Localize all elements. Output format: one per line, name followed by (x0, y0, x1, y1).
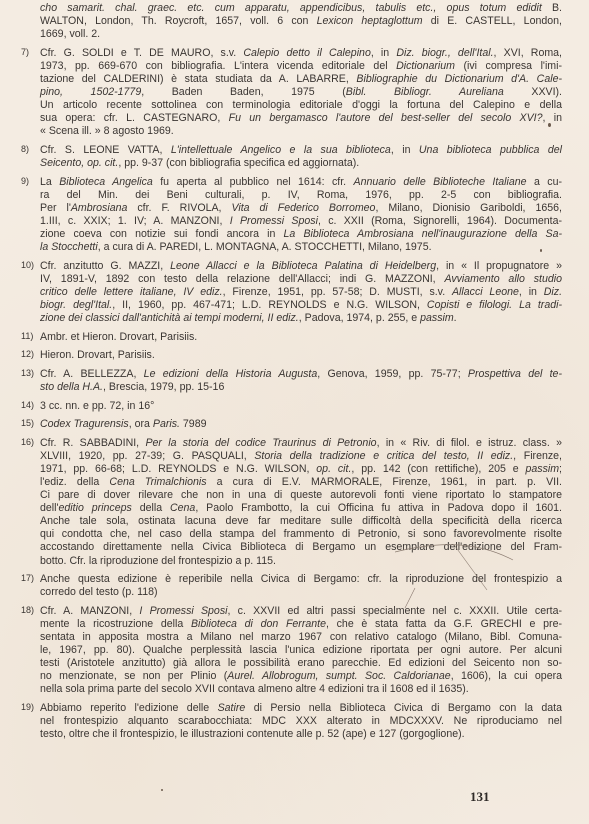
footnote-line: sto della H.A., Brescia, 1979, pp. 15-16 (40, 381, 562, 394)
text-segment: (ivi compresa l'imi- (455, 60, 562, 72)
footnote-line: Ci pare di dover rilevare che non in una… (40, 489, 562, 502)
text-segment: , Firenze, 1951, pp. 57-58; D. MUSTI, s.… (223, 286, 452, 298)
italic-title-text: La Biblioteca Ambrosiana nell'inaugurazi… (284, 228, 562, 240)
footnote-18: 18)Cfr. A. MANZONI, I Promessi Sposi, c.… (40, 605, 564, 697)
footnote-line: Anche tale sola, ostinata lacuna deve fa… (40, 515, 562, 528)
footnote-line: la Stocchetti, a cura di A. PAREDI, L. M… (40, 241, 562, 254)
italic-title-text: Cena Trimalchionis (109, 476, 206, 488)
italic-title-text: biogr. degl'Ital. (40, 299, 112, 311)
text-segment: XLVIII, 1920, pp. 27-39; G. PASQUALI, (40, 450, 254, 462)
text-segment: , Baden Baden, 1975 ( (141, 86, 346, 98)
footnote-number: 17) (21, 572, 34, 585)
text-segment: di Persio nella Biblioteca Civica di Ber… (245, 702, 562, 714)
italic-title-text: Le edizioni della Historia Augusta (144, 368, 318, 380)
text-segment: , a cura di A. PAREDI, L. MONTAGNA, A. S… (98, 241, 432, 253)
text-segment: Un articolo recente sottolinea con termi… (40, 99, 562, 111)
footnote-line: 1669, voll. 2. (40, 28, 562, 41)
text-segment: , Padova, 1974, p. 255, e (299, 312, 420, 324)
text-segment: 1669, voll. 2. (40, 28, 100, 40)
footnote-10: 10)Cfr. anzitutto G. MAZZI, Leone Allacc… (40, 260, 564, 325)
footnote-number: 14) (21, 399, 34, 412)
text-segment: no menzionate, se non per Plinio ( (40, 670, 227, 682)
text-segment: , in (391, 144, 419, 156)
italic-title-text: Biblioteca di don Ferrante (191, 618, 326, 630)
pencil-scribble-mark (395, 538, 515, 608)
footnote-line: XLVIII, 1920, pp. 27-39; G. PASQUALI, St… (40, 450, 562, 463)
italic-title-text: Seicento, op. cit. (40, 157, 118, 169)
italic-title-text: Satire (218, 702, 246, 714)
footnote-line: La Biblioteca Angelica fu aperta al pubb… (40, 176, 562, 189)
footnote-12: 12)Hieron. Drovart, Parisiis. (40, 349, 564, 362)
footnote-line: Cfr. anzitutto G. MAZZI, Leone Allacci e… (40, 260, 562, 273)
text-segment: corredo del testo (p. 118) (40, 586, 158, 598)
speck-mark (161, 789, 163, 791)
text-segment: Hieron. Drovart, Parisiis. (40, 349, 155, 361)
footnote-line: l'ediz. della Cena Trimalchionis a cura … (40, 476, 562, 489)
italic-title-text: Codex Tragurensis (40, 418, 129, 430)
italic-title-text: Copisti e filologi. La tradi- (427, 299, 562, 311)
text-segment: XXVI). (504, 86, 562, 98)
italic-title-text: Lexicon heptaglottum (317, 15, 423, 27)
text-segment: cfr. F. RIVOLA, (127, 202, 231, 214)
footnote-number: 8) (21, 143, 29, 156)
text-segment: , Brescia, 1979, pp. 15-16 (103, 381, 224, 393)
italic-title-text: Per la storia del codice Traurinus di Pe… (145, 437, 376, 449)
text-segment: , in « Il propugnatore » (436, 260, 562, 272)
footnote-7: 7)Cfr. G. SOLDI e T. DE MAURO, s.v. Cale… (40, 47, 564, 139)
italic-title-text: cho samarit. chal. graec. etc. cum appar… (40, 2, 542, 14)
footnote-line: testo, oltre che il frontespizio, le ill… (40, 728, 562, 741)
footnote-line: le, 1967, pp. 80). Qualche perplessità l… (40, 644, 562, 657)
text-segment: , in (543, 112, 562, 124)
footnote-19: 19)Abbiamo reperito l'edizione delle Sat… (40, 702, 564, 741)
footnote-line: 1.III, c. XXIX; 1. IV; A. MANZONI, I Pro… (40, 215, 562, 228)
footnote-8: 8)Cfr. S. LEONE VATTA, L'intellettuale A… (40, 144, 564, 170)
text-segment: botto. Cfr. la riproduzione del frontesp… (40, 555, 276, 567)
text-segment: Cfr. anzitutto G. MAZZI, (40, 260, 170, 272)
footnote-line: dell'editio princeps della Cena, Paolo F… (40, 502, 562, 515)
footnote-number: 11) (21, 330, 33, 343)
footnote-line: ra del Min. dei Beni culturali, p. IV, R… (40, 189, 562, 202)
footnote-line: Per l'Ambrosiana cfr. F. RIVOLA, Vita di… (40, 202, 562, 215)
text-segment: a cu- (527, 176, 562, 188)
text-segment: tazione del CALDERINI) è stata studiata … (40, 73, 356, 85)
text-segment: Abbiamo reperito l'edizione delle (40, 702, 218, 714)
italic-title-text: Calepio detto il Calepino (243, 47, 370, 59)
italic-title-text: sto della H.A. (40, 381, 103, 393)
text-segment: mente la ricostruzione della (40, 618, 191, 630)
text-segment: Cfr. A. MANZONI, (40, 605, 139, 617)
footnote-line: 3 cc. nn. e pp. 72, in 16° (40, 400, 562, 413)
footnote-line: Ambr. et Hieron. Drovart, Parisiis. (40, 331, 562, 344)
text-segment: , che è stata fatta da G.F. GRECHI e pre… (326, 618, 562, 630)
italic-title-text: Annuario delle Biblioteche Italiane (354, 176, 527, 188)
italic-title-text: critico delle lettere italiane, IV ediz. (40, 286, 223, 298)
footnote-line: 1973, pp. 669-670 con bibliografia. L'in… (40, 60, 562, 73)
footnote-number: 7) (21, 46, 29, 59)
footnote-9: 9)La Biblioteca Angelica fu aperta al pu… (40, 176, 564, 255)
footnote-line: pino, 1502-1779, Baden Baden, 1975 (Bibl… (40, 86, 562, 99)
italic-title-text: Cena (170, 502, 195, 514)
text-segment: testo, oltre che il frontespizio, le ill… (40, 728, 465, 740)
page-number: 131 (470, 789, 490, 805)
italic-title-text: Ambrosiana (71, 202, 128, 214)
italic-title-text: passim (420, 312, 454, 324)
speck-mark (548, 123, 551, 127)
text-segment: WALTON, London, Th. Roycroft, 1657, voll… (40, 15, 317, 27)
footnote-line: mente la ricostruzione della Biblioteca … (40, 618, 562, 631)
footnote-line: zione dei classici dall'antichità ai tem… (40, 312, 562, 325)
italic-title-text: Bibliographie du Dictionarium d'A. Cale- (356, 73, 562, 85)
footnote-continuation: cho samarit. chal. graec. etc. cum appar… (40, 2, 564, 41)
footnote-line: zione coeva con notizie sui fondi ancora… (40, 228, 562, 241)
text-segment: B. (542, 2, 562, 14)
text-segment: nel frontespizio alquanto scarabocchiata… (40, 715, 562, 727)
text-segment: Cfr. G. SOLDI e T. DE MAURO, s.v. (40, 47, 243, 59)
text-segment: , pp. 142 (con rettifiche), 205 e (351, 463, 525, 475)
footnote-line: no menzionate, se non per Plinio (Aurel.… (40, 670, 562, 683)
text-segment: 7989 (180, 418, 207, 430)
footnote-line: Cfr. G. SOLDI e T. DE MAURO, s.v. Calepi… (40, 47, 562, 60)
footnote-15: 15)Codex Tragurensis, ora Paris. 7989 (40, 418, 564, 431)
text-segment: , in (371, 47, 397, 59)
text-segment: testi (Aristotele anzitutto) già allora … (40, 657, 562, 669)
italic-title-text: Diz. biogr., dell'Ital. (396, 47, 493, 59)
footnote-line: IV, 1891-V, 1892 con testo della relazio… (40, 273, 562, 286)
footnote-line: testi (Aristotele anzitutto) già allora … (40, 657, 562, 670)
italic-title-text: Avviamento allo studio (444, 273, 562, 285)
italic-title-text: Bibl. Bibliogr. Aureliana (346, 86, 504, 98)
footnote-line: tazione del CALDERINI) è stata studiata … (40, 73, 562, 86)
footnote-line: « Scena ill. » 8 agosto 1969. (40, 125, 562, 138)
text-segment: Ambr. et Hieron. Drovart, Parisiis. (40, 331, 197, 343)
text-segment: Cfr. A. BELLEZZA, (40, 368, 144, 380)
text-segment: , in « Riv. di filol. e istruz. class. » (377, 437, 562, 449)
footnote-number: 19) (21, 701, 34, 714)
italic-title-text: Paris. (153, 418, 180, 430)
text-segment: 1973, pp. 669-670 con bibliografia. L'in… (40, 60, 396, 72)
footnote-13: 13)Cfr. A. BELLEZZA, Le edizioni della H… (40, 368, 564, 394)
footnote-line: Hieron. Drovart, Parisiis. (40, 349, 562, 362)
italic-title-text: Prospettiva del te- (468, 368, 562, 380)
italic-title-text: Fu un bergamasco l'autore del best-selle… (229, 112, 543, 124)
footnote-line: critico delle lettere italiane, IV ediz.… (40, 286, 562, 299)
text-segment: La (40, 176, 59, 188)
footnote-number: 10) (21, 259, 34, 272)
footnote-line: Cfr. A. BELLEZZA, Le edizioni della Hist… (40, 368, 562, 381)
text-segment: , c. XXII (Roma, Signorelli, 1964). Docu… (318, 215, 562, 227)
italic-title-text: I Promessi Sposi (230, 215, 318, 227)
text-segment: sua opera: cfr. L. CASTEGNARO, (40, 112, 229, 124)
footnote-line: nella sola prima parte del secolo XVII c… (40, 683, 562, 696)
footnote-line: nel frontespizio alquanto scarabocchiata… (40, 715, 562, 728)
italic-title-text: Allacci Leone (452, 286, 519, 298)
text-segment: , Paolo Frambotto, la cui Officina fu at… (195, 502, 562, 514)
text-segment: , pp. 9-37 (con bibliografia specifica e… (118, 157, 359, 169)
footnote-11: 11)Ambr. et Hieron. Drovart, Parisiis. (40, 331, 564, 344)
speck-mark (540, 249, 542, 252)
text-segment: , II, 1960, pp. 467-471; L.D. REYNOLDS e… (112, 299, 427, 311)
text-segment: le, 1967, pp. 80). Qualche perplessità l… (40, 644, 562, 656)
footnote-number: 15) (21, 417, 34, 430)
text-segment: 1971, pp. 66-68; L.D. REYNOLDS e N.G. WI… (40, 463, 316, 475)
italic-title-text: zione dei classici dall'antichità ai tem… (40, 312, 299, 324)
text-segment: nella sola prima parte del secolo XVII c… (40, 683, 469, 695)
footnote-number: 13) (21, 367, 34, 380)
italic-title-text: Vita di Federico Borromeo (231, 202, 375, 214)
italic-title-text: passim (525, 463, 559, 475)
footnote-number: 16) (21, 436, 34, 449)
footnote-line: sentata in apposita mostra a Milano nel … (40, 631, 562, 644)
footnote-line: Seicento, op. cit., pp. 9-37 (con biblio… (40, 157, 562, 170)
italic-title-text: Biblioteca Angelica (59, 176, 153, 188)
footnote-line: Codex Tragurensis, ora Paris. 7989 (40, 418, 562, 431)
text-segment: , Milano, Dionisio Gariboldi, 1656, (375, 202, 562, 214)
text-segment: dell' (40, 502, 59, 514)
text-segment: IV, 1891-V, 1892 con testo della relazio… (40, 273, 444, 285)
scanned-book-page: cho samarit. chal. graec. etc. cum appar… (0, 0, 589, 824)
text-segment: Anche tale sola, ostinata lacuna deve fa… (40, 515, 562, 527)
text-segment: sentata in apposita mostra a Milano nel … (40, 631, 562, 643)
text-segment: , 1606), la cui opera (451, 670, 562, 682)
italic-title-text: Una biblioteca pubblica del (419, 144, 562, 156)
italic-title-text: I Promessi Sposi (139, 605, 227, 617)
text-segment: ra del Min. dei Beni culturali, p. IV, R… (40, 189, 562, 201)
text-segment: fu aperta al pubblico nel 1614: cfr. (153, 176, 354, 188)
text-segment: « Scena ill. » 8 agosto 1969. (40, 125, 174, 137)
italic-title-text: Diz. (544, 286, 562, 298)
footnote-line: sua opera: cfr. L. CASTEGNARO, Fu un ber… (40, 112, 562, 125)
footnote-line: Abbiamo reperito l'edizione delle Satire… (40, 702, 562, 715)
text-segment: Per l' (40, 202, 71, 214)
footnote-14: 14)3 cc. nn. e pp. 72, in 16° (40, 400, 564, 413)
italic-title-text: Storia della tradizione e critica del te… (254, 450, 513, 462)
italic-title-text: Dictionarium (396, 60, 455, 72)
text-segment: , Firenze, (513, 450, 562, 462)
footnote-line: Cfr. S. LEONE VATTA, L'intellettuale Ang… (40, 144, 562, 157)
italic-title-text: L'intellettuale Angelico e la sua biblio… (171, 144, 391, 156)
text-segment: l'ediz. della (40, 476, 109, 488)
footnote-number: 18) (21, 604, 34, 617)
text-segment: 1.III, c. XXIX; 1. IV; A. MANZONI, (40, 215, 230, 227)
footnote-line: cho samarit. chal. graec. etc. cum appar… (40, 2, 562, 15)
footnote-line: 1971, pp. 66-68; L.D. REYNOLDS e N.G. WI… (40, 463, 562, 476)
italic-title-text: Leone Allacci e la Biblioteca Palatina d… (170, 260, 436, 272)
footnote-line: Cfr. R. SABBADINI, Per la storia del cod… (40, 437, 562, 450)
text-segment: , in (519, 286, 544, 298)
footnote-line: biogr. degl'Ital., II, 1960, pp. 467-471… (40, 299, 562, 312)
footnote-line: Un articolo recente sottolinea con termi… (40, 99, 562, 112)
text-segment: , ora (129, 418, 153, 430)
footnote-number: 9) (21, 175, 29, 188)
text-segment: . (454, 312, 457, 324)
text-segment: di E. CASTELL, London, (423, 15, 562, 27)
text-segment: Cfr. R. SABBADINI, (40, 437, 145, 449)
text-segment: 3 cc. nn. e pp. 72, in 16° (40, 400, 154, 412)
footnote-number: 12) (21, 348, 34, 361)
footnotes-list: cho samarit. chal. graec. etc. cum appar… (40, 2, 564, 747)
text-segment: zione coeva con notizie sui fondi ancora… (40, 228, 284, 240)
text-segment: Cfr. S. LEONE VATTA, (40, 144, 171, 156)
italic-title-text: Aurel. Allobrogum, sumpt. Soc. Caldorian… (227, 670, 450, 682)
italic-title-text: op. cit. (316, 463, 351, 475)
text-segment: Ci pare di dover rilevare che non in una… (40, 489, 562, 501)
italic-title-text: la Stocchetti (40, 241, 98, 253)
footnote-line: WALTON, London, Th. Roycroft, 1657, voll… (40, 15, 562, 28)
italic-title-text: pino, 1502-1779 (40, 86, 141, 98)
text-segment: , XVI, Roma, (494, 47, 562, 59)
text-segment: a cura di E.V. MARMORALE, Firenze, 1961,… (207, 476, 563, 488)
text-segment: della (132, 502, 170, 514)
text-segment: , Genova, 1959, pp. 75-77; (317, 368, 468, 380)
text-segment: ; (559, 463, 562, 475)
italic-title-text: editio princeps (59, 502, 132, 514)
